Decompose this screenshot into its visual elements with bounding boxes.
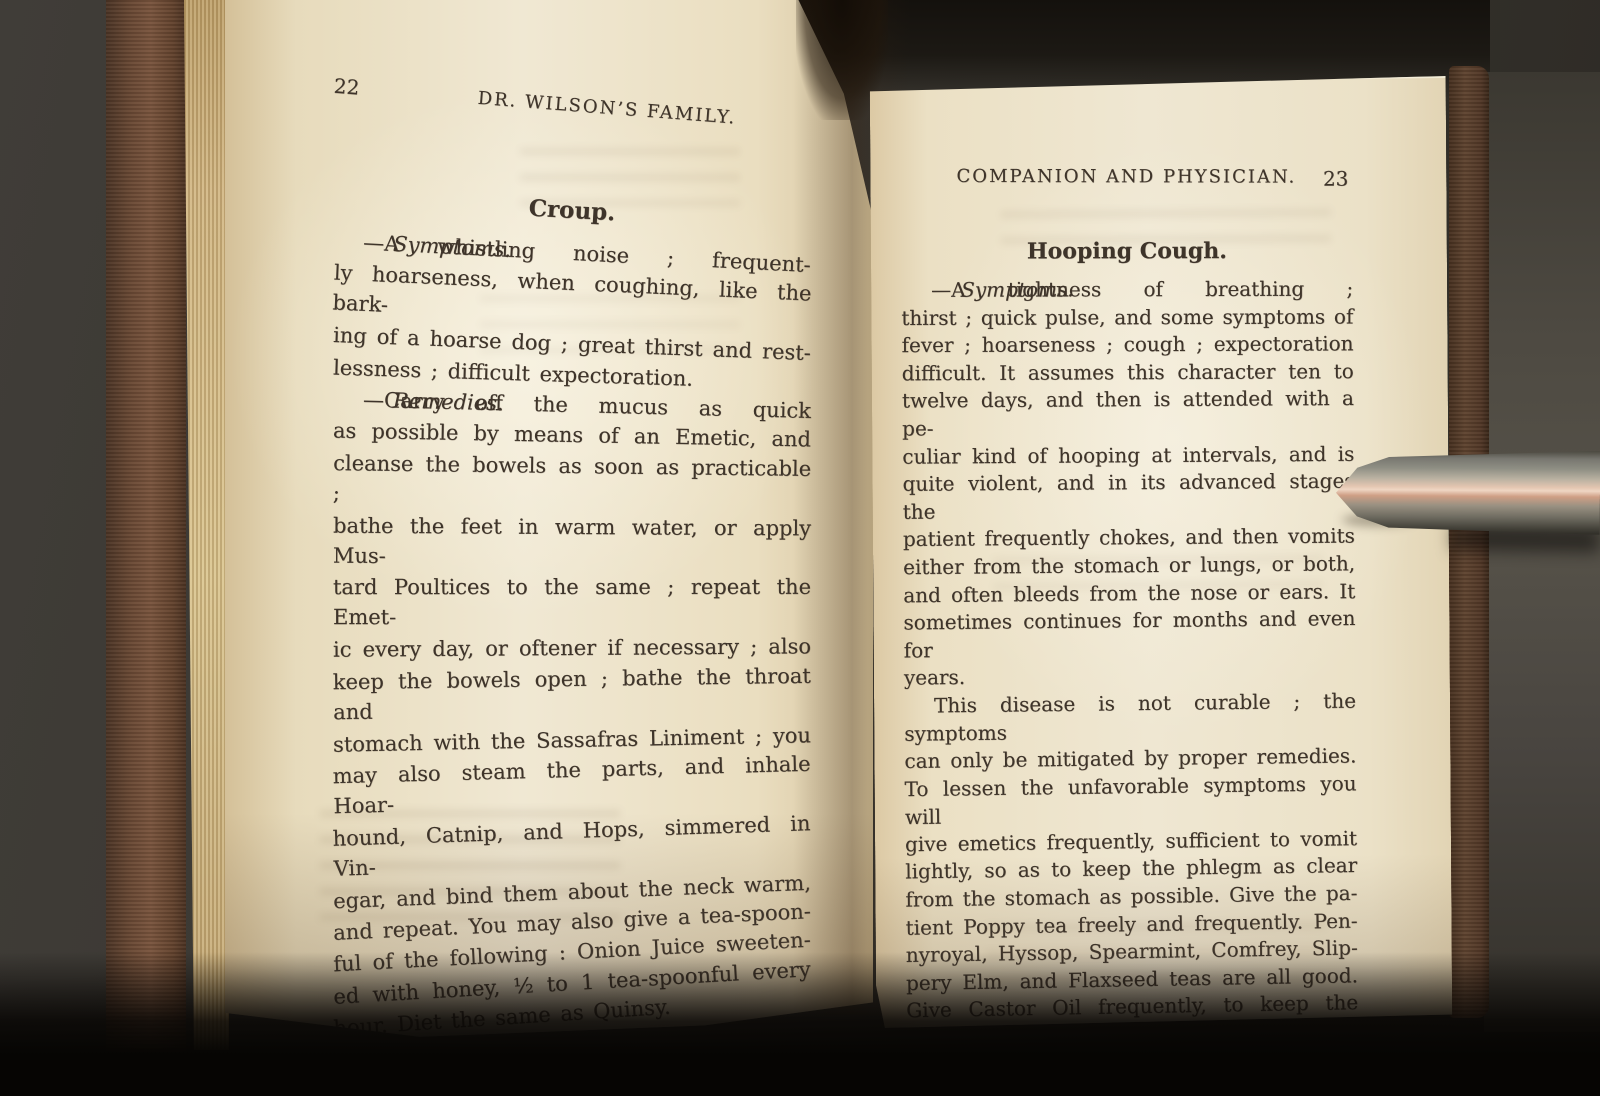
text-line: bathe the feet in warm water, or apply M… [333,510,811,574]
text-line: fever ; hoarseness ; cough ; expectorati… [902,331,1354,360]
text-line: culiar kind of hooping at intervals, and… [902,440,1354,470]
text-line: quite violent, and in its advanced stage… [902,468,1354,526]
text-line: thirst ; quick pulse, and some symptoms … [901,303,1353,332]
book-cover-left-edge [106,0,186,1052]
left-running-header: DR. WILSON’S FAMILY. [403,82,811,134]
left-page-header: 22 DR. WILSON’S FAMILY. [333,74,812,141]
text-line: To lessen the unfavorable symptoms you w… [904,770,1357,831]
text-line: This disease is not curable ; the sympto… [904,688,1357,748]
right-section-heading: Hooping Cough. [901,236,1353,267]
left-page-body: Symptoms.—A whistling noise ; frequent-l… [333,238,811,1029]
text-line: keep the bowels open ; bathe the throat … [333,660,812,727]
right-page-body: Symptoms.—A tightness of breathing ;thir… [901,275,1358,1051]
text-line: either from the stomach or lungs, or bot… [903,550,1355,581]
book-photo-scene: 22 DR. WILSON’S FAMILY. Croup. Symptoms.… [0,0,1600,1096]
right-page-header: COMPANION AND PHYSICIAN. 23 [900,166,1352,197]
right-page-text: COMPANION AND PHYSICIAN. 23 Hooping Coug… [900,165,1358,1051]
right-running-header: COMPANION AND PHYSICIAN. [900,166,1352,188]
right-page: COMPANION AND PHYSICIAN. 23 Hooping Coug… [870,76,1453,1028]
text-line: tard Poultices to the same ; repeat the … [333,572,811,633]
left-page-number: 22 [333,74,405,103]
text-line: Symptoms.—A tightness of breathing ; [901,276,1353,305]
text-line: sometimes continues for months and even … [903,605,1356,665]
text-line: cleanse the bowels as soon as practicabl… [333,448,812,515]
text-line: twelve days, and then is attended with a… [902,385,1354,443]
text-line: difficult. It assumes this character ten… [902,358,1354,388]
text-line: ic every day, or oftener if necessary ; … [333,632,811,666]
metal-pointer [1336,449,1600,535]
metal-pointer-rod [1336,449,1600,535]
shadow-below-book [0,952,1600,1096]
left-page: 22 DR. WILSON’S FAMILY. Croup. Symptoms.… [225,0,873,1042]
text-line: patient frequently chokes, and then vomi… [903,523,1355,554]
right-page-number: 23 [1323,167,1348,191]
left-page-text: 22 DR. WILSON’S FAMILY. Croup. Symptoms.… [333,92,811,1029]
